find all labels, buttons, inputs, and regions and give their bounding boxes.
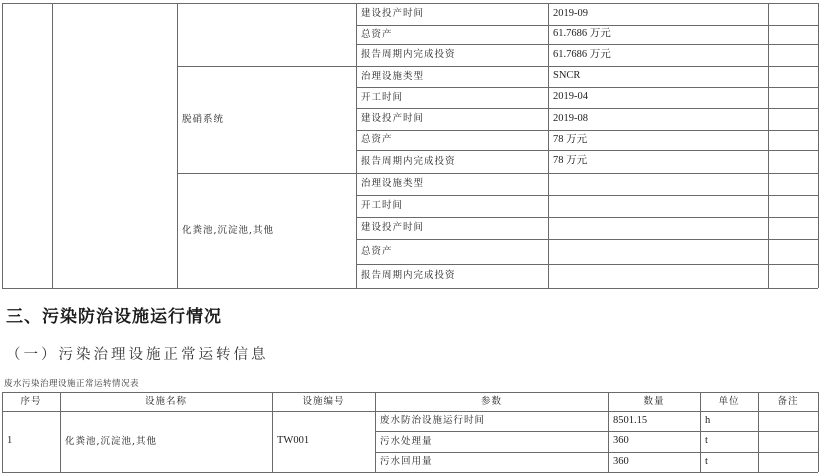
header-facility-code: 设施编号 [272,392,375,411]
value-cell: 2019-04 [548,87,768,108]
param-cell: 污水回用量 [375,452,608,472]
value-cell [548,195,768,217]
unit-cell: t [700,452,758,472]
quantity-cell: 8501.15 [608,411,700,431]
param-cell: 治理设施类型 [356,66,548,87]
note-cell [758,431,818,452]
subsection-heading: （一）污染治理设施正常运转信息 [6,343,269,364]
unit-cell: t [700,431,758,452]
header-quantity: 数量 [608,392,700,411]
value-cell: 78 万元 [548,130,768,150]
value-cell: 61.7686 万元 [548,25,768,44]
param-cell: 总资产 [356,239,548,264]
param-cell: 开工时间 [356,195,548,217]
quantity-cell: 360 [608,431,700,452]
param-cell: 开工时间 [356,87,548,108]
value-cell: 78 万元 [548,150,768,173]
system-name-cell: 脱硝系统 [177,66,356,173]
param-cell: 污水处理量 [375,431,608,452]
value-cell: 2019-08 [548,108,768,130]
param-cell: 建设投产时间 [356,217,548,239]
table-border [2,3,3,288]
header-unit: 单位 [700,392,758,411]
value-cell [548,264,768,288]
system-name-cell: 化粪池,沉淀池,其他 [177,173,356,288]
param-cell: 报告周期内完成投资 [356,44,548,66]
table-border [818,3,819,288]
note-cell [758,411,818,431]
value-cell: SNCR [548,66,768,87]
row-index: 1 [2,411,60,472]
param-cell: 总资产 [356,130,548,150]
header-facility-name: 设施名称 [60,392,272,411]
header-note: 备注 [758,392,818,411]
param-cell: 总资产 [356,25,548,44]
note-cell [758,452,818,472]
value-cell: 2019-09 [548,3,768,25]
value-cell [548,217,768,239]
value-cell [548,173,768,195]
table-caption: 废水污染治理设施正常运转情况表 [4,377,139,389]
param-cell: 报告周期内完成投资 [356,264,548,288]
header-index: 序号 [2,392,60,411]
value-cell [548,239,768,264]
row-facility-code: TW001 [272,411,375,472]
param-cell: 建设投产时间 [356,108,548,130]
table-border [52,3,53,288]
table-border [2,288,818,289]
param-cell: 治理设施类型 [356,173,548,195]
param-cell: 建设投产时间 [356,3,548,25]
unit-cell: h [700,411,758,431]
row-facility-name: 化粪池,沉淀池,其他 [60,411,272,472]
quantity-cell: 360 [608,452,700,472]
param-cell: 报告周期内完成投资 [356,150,548,173]
table-border [768,3,769,288]
section-heading: 三、污染防治设施运行情况 [6,302,222,327]
header-param: 参数 [375,392,608,411]
param-cell: 废水防治设施运行时间 [375,411,608,431]
table-border [818,392,819,472]
value-cell: 61.7686 万元 [548,44,768,66]
